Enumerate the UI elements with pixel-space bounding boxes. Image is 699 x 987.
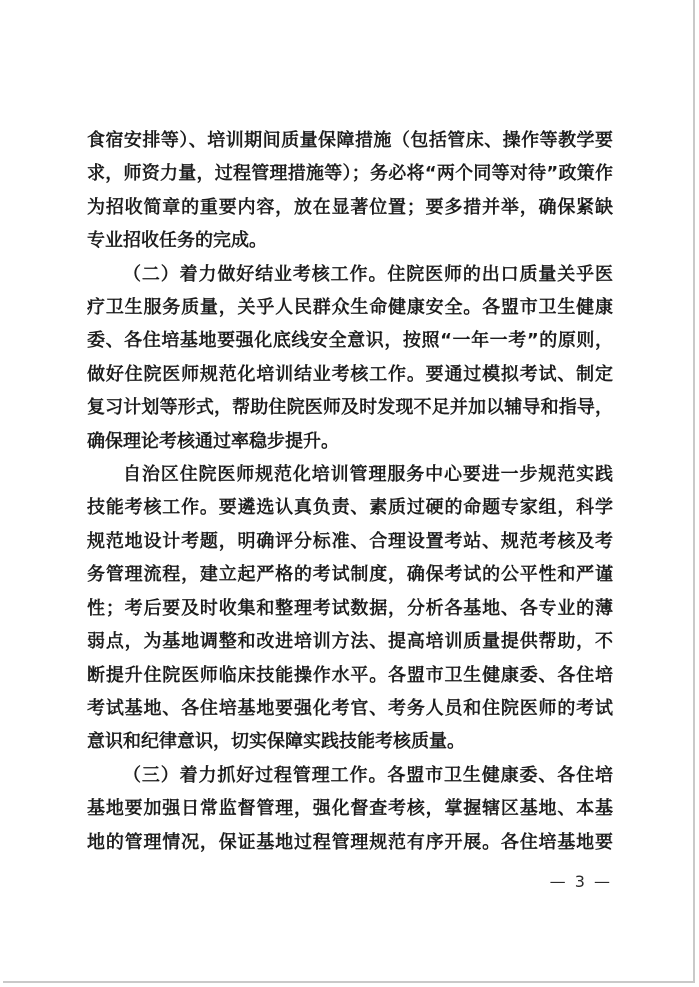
text-line: 确保理论考核通过率稳步提升。 [87, 425, 613, 458]
page-edge-bottom [3, 981, 695, 983]
text-line: 委、各住培基地要强化底线安全意识，按照“一年一考”的原则， [87, 324, 613, 357]
page-edge-right [693, 0, 695, 983]
text-line: 专业招收任务的完成。 [87, 224, 613, 257]
text-line: 疗卫生服务质量，关乎人民群众生命健康安全。各盟市卫生健康 [87, 291, 613, 324]
text-line: 复习计划等形式，帮助住院医师及时发现不足并加以辅导和指导， [87, 391, 613, 424]
text-line: 为招收简章的重要内容，放在显著位置；要多措并举，确保紧缺 [87, 191, 613, 224]
text-line: 做好住院医师规范化培训结业考核工作。要通过模拟考试、制定 [87, 358, 613, 391]
text-line: 弱点，为基地调整和改进培训方法、提高培训质量提供帮助，不 [87, 625, 613, 658]
text-line: 断提升住院医师临床技能操作水平。各盟市卫生健康委、各住培 [87, 659, 613, 692]
text-line: 性；考后要及时收集和整理考试数据，分析各基地、各专业的薄 [87, 592, 613, 625]
text-line: 规范地设计考题，明确评分标准、合理设置考站、规范考核及考 [87, 525, 613, 558]
text-line: （三）着力抓好过程管理工作。各盟市卫生健康委、各住培 [87, 759, 613, 792]
text-line: 求，师资力量，过程管理措施等）；务必将“两个同等对待”政策作 [87, 157, 613, 190]
text-line: 技能考核工作。要遴选认真负责、素质过硬的命题专家组，科学 [87, 491, 613, 524]
text-line: 基地要加强日常监督管理，强化督查考核，掌握辖区基地、本基 [87, 792, 613, 825]
text-line: （二）着力做好结业考核工作。住院医师的出口质量关乎医 [87, 258, 613, 291]
text-line: 地的管理情况，保证基地过程管理规范有序开展。各住培基地要 [87, 826, 613, 859]
document-body: 食宿安排等）、培训期间质量保障措施（包括管床、操作等教学要求，师资力量，过程管理… [87, 124, 613, 859]
text-line: 意识和纪律意识，切实保障实践技能考核质量。 [87, 725, 613, 758]
document-page: 食宿安排等）、培训期间质量保障措施（包括管床、操作等教学要求，师资力量，过程管理… [0, 0, 699, 987]
page-number: — 3 — [550, 872, 612, 891]
text-line: 食宿安排等）、培训期间质量保障措施（包括管床、操作等教学要 [87, 124, 613, 157]
text-line: 考试基地、各住培基地要强化考官、考务人员和住院医师的考试 [87, 692, 613, 725]
text-line: 务管理流程，建立起严格的考试制度，确保考试的公平性和严谨 [87, 558, 613, 591]
text-line: 自治区住院医师规范化培训管理服务中心要进一步规范实践 [87, 458, 613, 491]
